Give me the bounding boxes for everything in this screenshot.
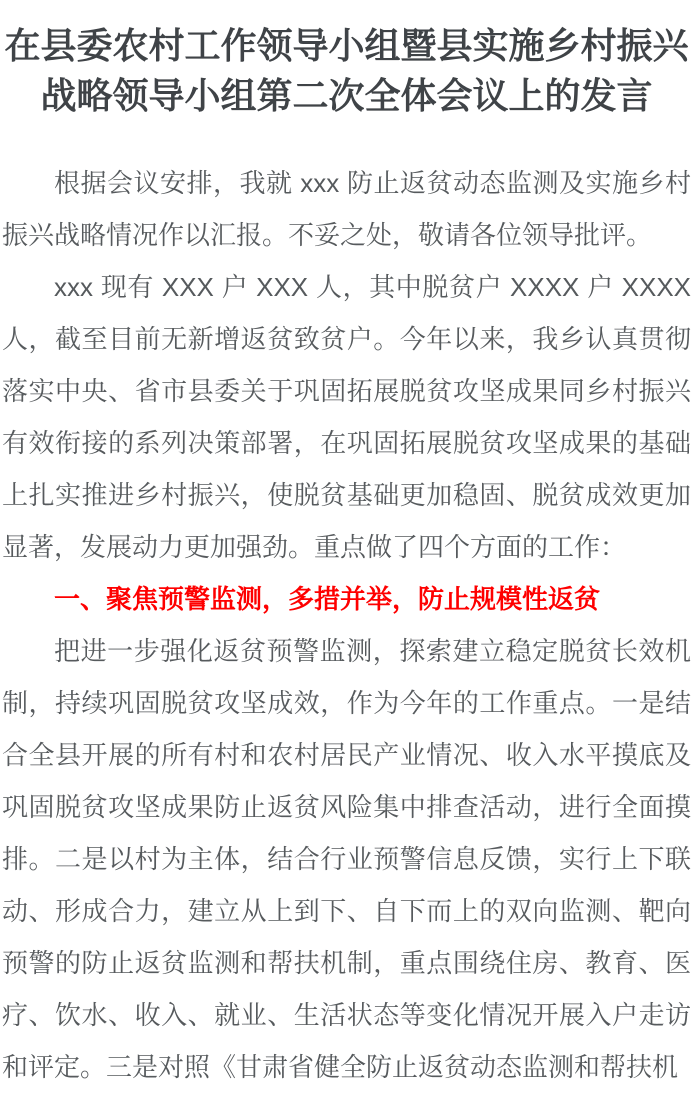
paragraph-section-1-body: 把进一步强化返贫预警监测，探索建立稳定脱贫长效机制，持续巩固脱贫攻坚成效，作为今… <box>2 625 691 1093</box>
paragraph-overview: xxx 现有 XXX 户 XXX 人，其中脱贫户 XXXX 户 XXXX 人，截… <box>2 261 691 573</box>
document-page: 在县委农村工作领导小组暨县实施乡村振兴战略领导小组第二次全体会议上的发言 根据会… <box>0 0 693 1097</box>
section-heading-1: 一、聚焦预警监测，多措并举，防止规模性返贫 <box>2 573 691 625</box>
paragraph-intro: 根据会议安排，我就 xxx 防止返贫动态监测及实施乡村振兴战略情况作以汇报。不妥… <box>2 157 691 261</box>
document-title: 在县委农村工作领导小组暨县实施乡村振兴战略领导小组第二次全体会议上的发言 <box>2 21 691 121</box>
